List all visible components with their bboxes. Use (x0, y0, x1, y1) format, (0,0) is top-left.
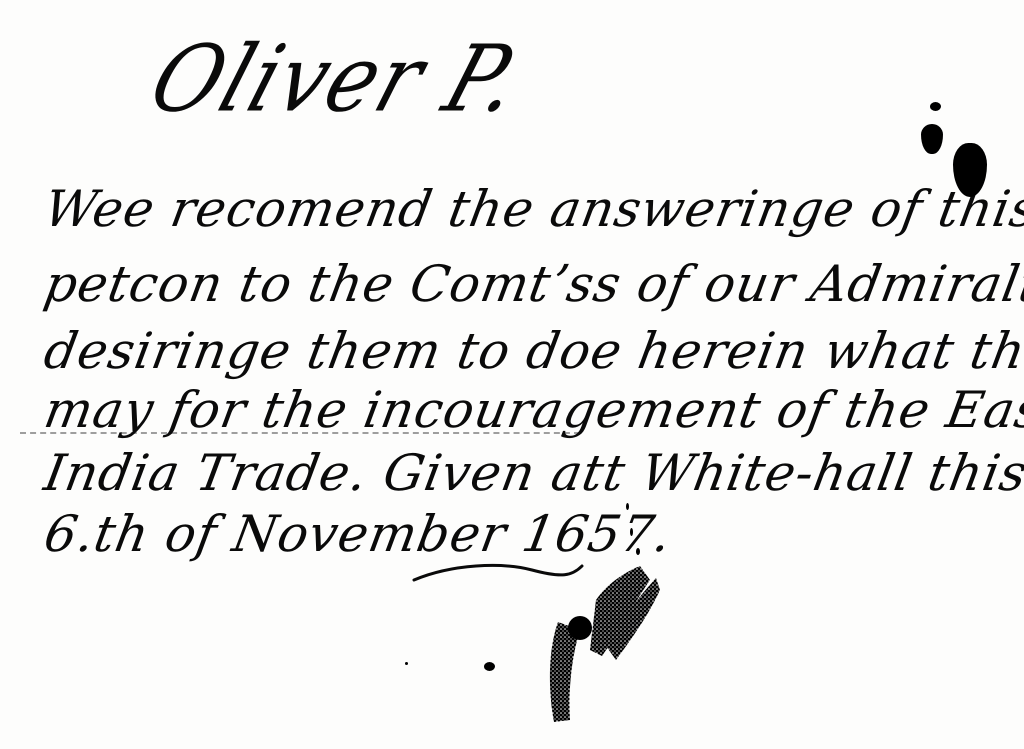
ink-dot-icon (636, 548, 640, 555)
ink-dot-icon (484, 662, 495, 671)
ink-blot-drop-icon (921, 124, 943, 154)
ink-dot-icon (630, 528, 633, 536)
scanned-document-page: Oliver P. Wee recomend the answeringe of… (0, 0, 1024, 749)
ink-blot-small-icon (930, 102, 941, 111)
text-line-1: Wee recomend the answeringe of this (40, 180, 1024, 238)
text-line-2: petcon to the Comtʼss of our Admiraltye (40, 255, 1024, 313)
ink-smear-icon (540, 560, 670, 730)
text-line-6-date: 6.th of November 1657. (40, 505, 676, 563)
text-line-3: desiringe them to doe herein what they (40, 322, 1024, 380)
ink-dot-icon (626, 503, 629, 510)
text-line-5: India Trade. Given att White-hall this (40, 444, 1024, 502)
ink-dot-icon (405, 662, 408, 665)
text-line-4: may for the incouragement of the East (40, 381, 1024, 439)
signature-oliver-p: Oliver P. (138, 27, 535, 133)
